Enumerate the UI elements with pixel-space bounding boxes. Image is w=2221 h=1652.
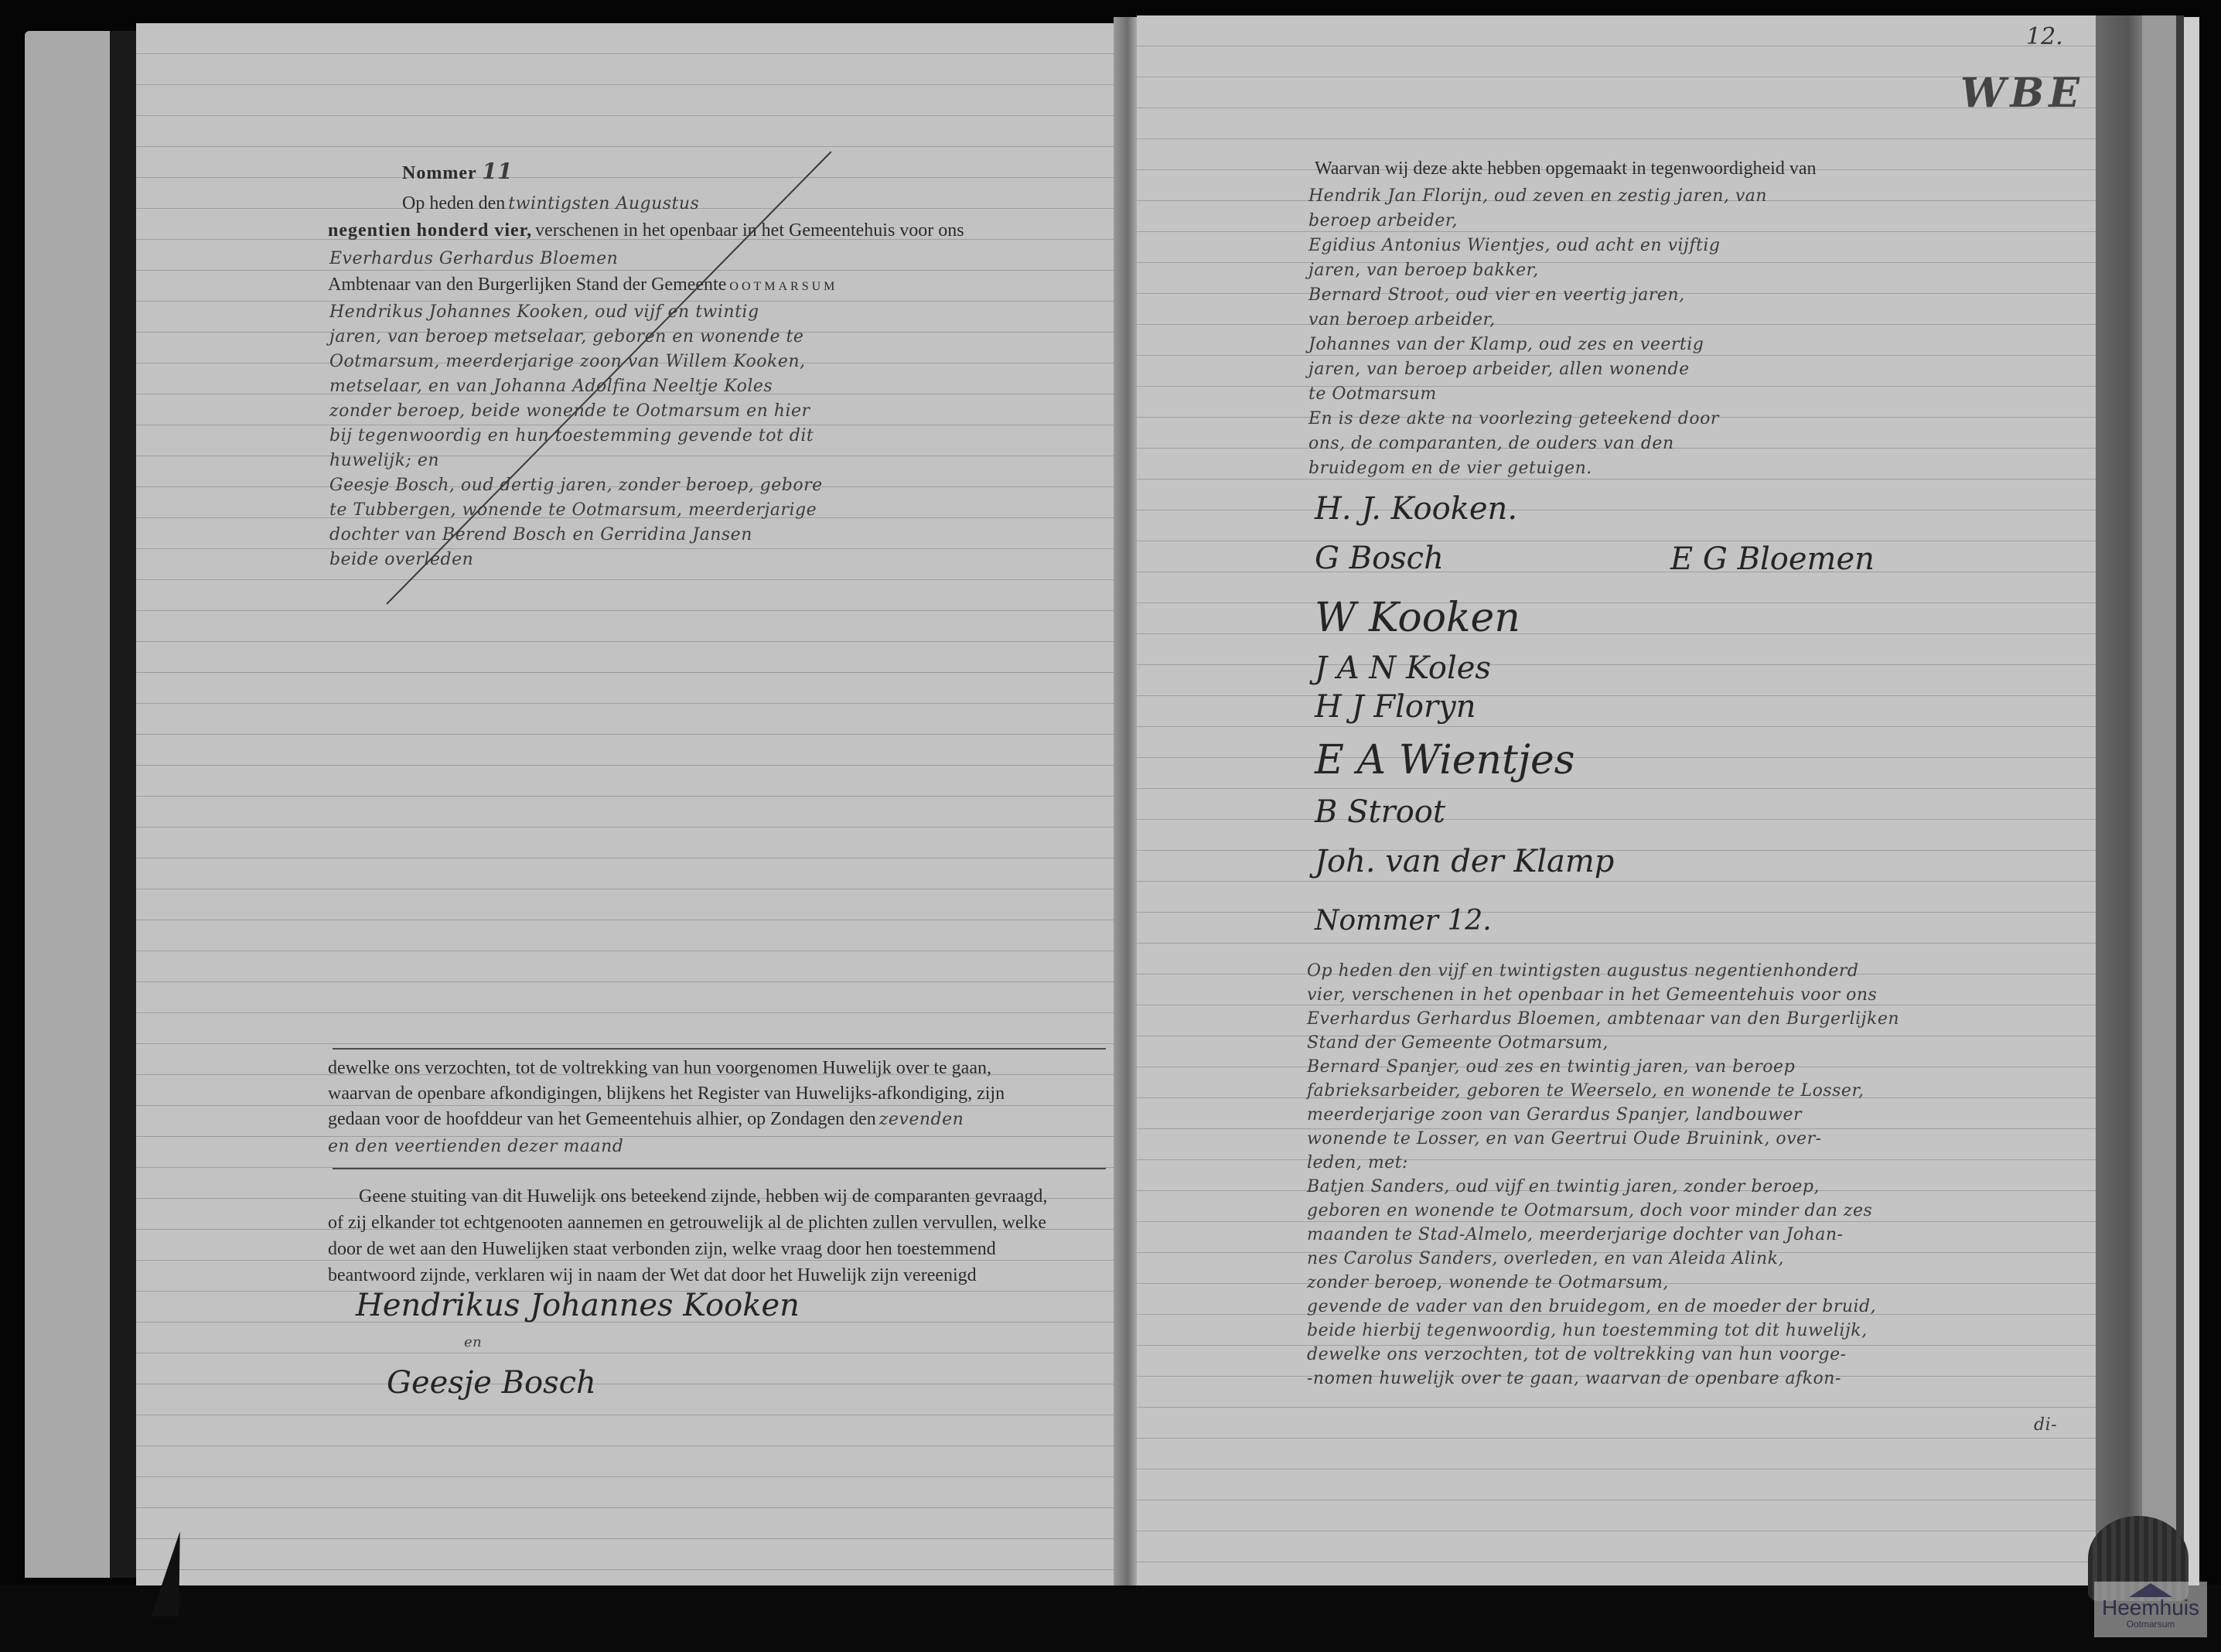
table-surface	[0, 1585, 2221, 1652]
separator-line	[333, 1168, 1106, 1169]
act-12-line: Batjen Sanders, oud vijf en twintig jare…	[1307, 1175, 1899, 1199]
bride-line: beide overleden	[329, 548, 823, 572]
banns-line: waarvan de openbare afkondigingen, blijk…	[328, 1081, 1005, 1107]
groom-line: Ootmarsum, meerderjarige zoon van Willem…	[329, 350, 823, 374]
witness-line: bruidegom en de vier getuigen.	[1308, 456, 1767, 481]
witness-line: beroep arbeider,	[1308, 209, 1767, 234]
banns-date-2: en den veertienden dezer maand	[328, 1134, 1005, 1159]
page-edge-dark	[2176, 15, 2184, 1593]
act-12-line: fabrieksarbeider, geboren te Weerselo, e…	[1307, 1079, 1899, 1103]
groom-line: huwelijk; en	[329, 449, 823, 473]
act-12-line: vier, verschenen in het openbaar in het …	[1307, 983, 1899, 1007]
act-12-line: geboren en wonende te Ootmarsum, doch vo…	[1307, 1199, 1899, 1223]
signature-groom: H. J. Kooken.	[1315, 491, 1614, 541]
witness-line: En is deze akte na voorlezing geteekend …	[1308, 407, 1767, 432]
municipality: OOTMARSUM	[729, 280, 838, 293]
act-12-line: Bernard Spanjer, oud zes en twintig jare…	[1307, 1055, 1899, 1079]
united-bride-name: Geesje Bosch	[387, 1365, 596, 1401]
act-12-line: maanden te Stad-Almelo, meerderjarige do…	[1307, 1223, 1899, 1247]
official-title: Ambtenaar van den Burgerlijken Stand der…	[328, 275, 726, 295]
act-12-line: meerderjarige zoon van Gerardus Spanjer,…	[1307, 1103, 1899, 1127]
witness-line: jaren, van beroep bakker,	[1308, 258, 1767, 283]
watermark-title: Heemhuis	[2094, 1597, 2207, 1619]
date-prefix: Op heden den	[402, 193, 505, 213]
witness-line: Johannes van der Klamp, oud zes en veert…	[1308, 333, 1767, 357]
date-line: Op heden den twintigsten Augustus	[402, 193, 699, 214]
banns-line: dewelke ons verzochten, tot de voltrekki…	[328, 1056, 1005, 1081]
signature-witness-4: Joh. van der Klamp	[1315, 844, 1614, 890]
left-page	[136, 23, 1120, 1585]
banns-date-1: zevenden	[879, 1110, 964, 1129]
year-line: negentien honderd vier, verschenen in he…	[328, 220, 964, 241]
act-12-line: zonder beroep, wonende te Ootmarsum,	[1307, 1271, 1899, 1295]
declaration-line: Geene stuiting van dit Huwelijk ons bete…	[328, 1183, 1047, 1210]
groom-line: bij tegenwoordig en hun toestemming geve…	[329, 424, 823, 449]
declaration-line: beantwoord zijnde, verklaren wij in naam…	[328, 1262, 1047, 1288]
separator-line	[333, 1048, 1106, 1050]
book-binding-left	[110, 31, 136, 1578]
signature-witness-1: H J Floryn	[1315, 689, 1614, 737]
book-gutter	[1114, 17, 1137, 1595]
page-edge	[2142, 15, 2176, 1593]
signature-official: E G Bloemen	[1670, 541, 1875, 577]
archive-stamp: WBE	[1960, 70, 2084, 117]
act-label: Nommer 11	[402, 159, 513, 184]
page-edge-light	[2184, 17, 2199, 1595]
official-name: Everhardus Gerhardus Bloemen	[329, 249, 618, 268]
signature-witness-2: E A Wientjes	[1315, 737, 1614, 794]
act-12-line: beide hierbij tegenwoordig, hun toestemm…	[1307, 1319, 1899, 1343]
groom-line: jaren, van beroep metselaar, geboren en …	[329, 325, 823, 350]
witness-line: te Ootmarsum	[1308, 382, 1767, 407]
witness-line: ons, de comparanten, de ouders van den	[1308, 432, 1767, 456]
act-12-continuation: di-	[2034, 1415, 2057, 1435]
bride-line: Geesje Bosch, oud dertig jaren, zonder b…	[329, 473, 823, 498]
united-groom-name: Hendrikus Johannes Kooken	[356, 1288, 800, 1323]
declaration-line: door de wet aan den Huwelijken staat ver…	[328, 1236, 1047, 1262]
act-12-line: dewelke ons verzochten, tot de voltrekki…	[1307, 1343, 1899, 1367]
act-12-line: wonende te Losser, en van Geertrui Oude …	[1307, 1127, 1899, 1151]
bride-line: te Tubbergen, wonende te Ootmarsum, meer…	[329, 498, 823, 523]
act-number: 11	[482, 159, 513, 184]
act-12-label: Nommer 12.	[1315, 905, 1492, 937]
act-12-line: Op heden den vijf en twintigsten augustu…	[1307, 959, 1899, 983]
appearance-text: verschenen in het openbaar in het Gemeen…	[535, 220, 964, 241]
act-12-line: nes Carolus Sanders, overleden, en van A…	[1307, 1247, 1899, 1271]
witness-details: Hendrik Jan Florijn, oud zeven en zestig…	[1308, 184, 1767, 481]
declaration-paragraph: Geene stuiting van dit Huwelijk ons bete…	[328, 1183, 1047, 1288]
witness-line: Egidius Antonius Wientjes, oud acht en v…	[1308, 234, 1767, 258]
signature-mother: J A N Koles	[1315, 650, 1614, 689]
act-12-line: gevende de vader van den bruidegom, en d…	[1307, 1295, 1899, 1319]
act-12-line: Everhardus Gerhardus Bloemen, ambtenaar …	[1307, 1007, 1899, 1031]
act-12-text: Op heden den vijf en twintigsten augustu…	[1307, 959, 1899, 1391]
date-handwritten: twintigsten Augustus	[508, 194, 699, 213]
banns-paragraph: dewelke ons verzochten, tot de voltrekki…	[328, 1056, 1005, 1159]
signature-bride: G Bosch	[1315, 541, 1614, 595]
signature-witness-3: B Stroot	[1315, 794, 1614, 844]
heemhuis-watermark: Heemhuis Ootmarsum	[2094, 1582, 2207, 1637]
witness-intro: Waarvan wij deze akte hebben opgemaakt i…	[1315, 159, 1816, 179]
united-and: en	[464, 1334, 482, 1350]
witness-line: Bernard Stroot, oud vier en veertig jare…	[1308, 283, 1767, 308]
witness-line: van beroep arbeider,	[1308, 308, 1767, 333]
signature-father: W Kooken	[1315, 595, 1614, 650]
watermark-subtitle: Ootmarsum	[2094, 1619, 2207, 1630]
bride-line: dochter van Berend Bosch en Gerridina Ja…	[329, 523, 823, 548]
page-number: 12.	[2026, 23, 2063, 50]
act-12-line: leden, met:	[1307, 1151, 1899, 1175]
act-12-line: -nomen huwelijk over te gaan, waarvan de…	[1307, 1367, 1899, 1391]
signature-block: H. J. Kooken. G Bosch W Kooken J A N Kol…	[1315, 491, 1614, 890]
act-label-text: Nommer	[402, 163, 476, 183]
year-text: negentien honderd vier,	[328, 220, 532, 241]
book-cover-left	[25, 31, 110, 1578]
act-12-line: Stand der Gemeente Ootmarsum,	[1307, 1031, 1899, 1055]
declaration-line: of zij elkander tot echtgenooten aanneme…	[328, 1210, 1047, 1236]
official-title-line: Ambtenaar van den Burgerlijken Stand der…	[328, 275, 838, 295]
groom-details: Hendrikus Johannes Kooken, oud vijf en t…	[329, 300, 823, 572]
groom-line: Hendrikus Johannes Kooken, oud vijf en t…	[329, 300, 823, 325]
groom-line: metselaar, en van Johanna Adolfina Neelt…	[329, 374, 823, 399]
witness-line: Hendrik Jan Florijn, oud zeven en zestig…	[1308, 184, 1767, 209]
witness-line: jaren, van beroep arbeider, allen wonend…	[1308, 357, 1767, 382]
banns-line: gedaan voor de hoofddeur van het Gemeent…	[328, 1109, 876, 1129]
page-edge-shadow	[2096, 15, 2142, 1593]
